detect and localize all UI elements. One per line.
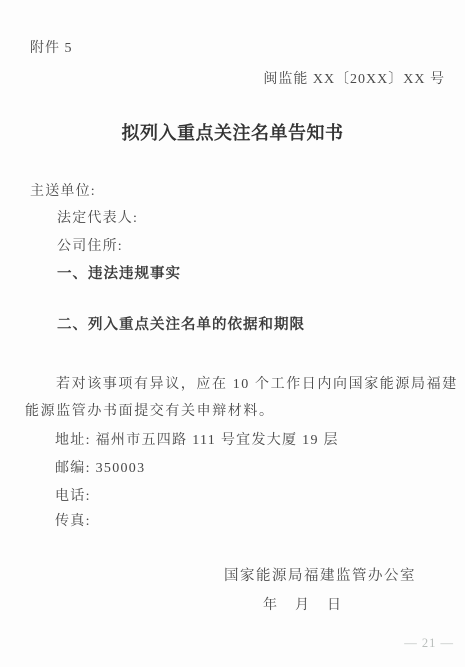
contact-phone-line: 电话:: [55, 485, 91, 505]
document-title: 拟列入重点关注名单告知书: [0, 119, 465, 145]
document-number: 闽监能 XX〔20XX〕XX 号: [263, 68, 445, 88]
signature-office-name: 国家能源局福建监管办公室: [224, 564, 416, 585]
attachment-label: 附件 5: [30, 37, 73, 57]
contact-fax-line: 传真:: [55, 510, 91, 530]
page-number: — 21 —: [404, 636, 454, 651]
appeal-instructions-paragraph: 若对该事项有异议，应在 10 个工作日内向国家能源局福建 能源监管办书面提交有关…: [25, 371, 459, 425]
field-company-address-label: 公司住所:: [57, 235, 123, 255]
signature-date-placeholder: 年 月 日: [263, 594, 343, 614]
document-page: 附件 5 闽监能 XX〔20XX〕XX 号 拟列入重点关注名单告知书 主送单位:…: [0, 0, 465, 667]
contact-postal-code-line: 邮编: 350003: [55, 457, 145, 477]
contact-address-line: 地址: 福州市五四路 111 号宜发大厦 19 层: [55, 429, 339, 449]
field-legal-representative-label: 法定代表人:: [57, 207, 138, 227]
section-heading-violation-facts: 一、违法违规事实: [57, 262, 181, 283]
field-recipient-label: 主送单位:: [30, 180, 96, 200]
section-heading-basis-and-period: 二、列入重点关注名单的依据和期限: [57, 313, 305, 334]
